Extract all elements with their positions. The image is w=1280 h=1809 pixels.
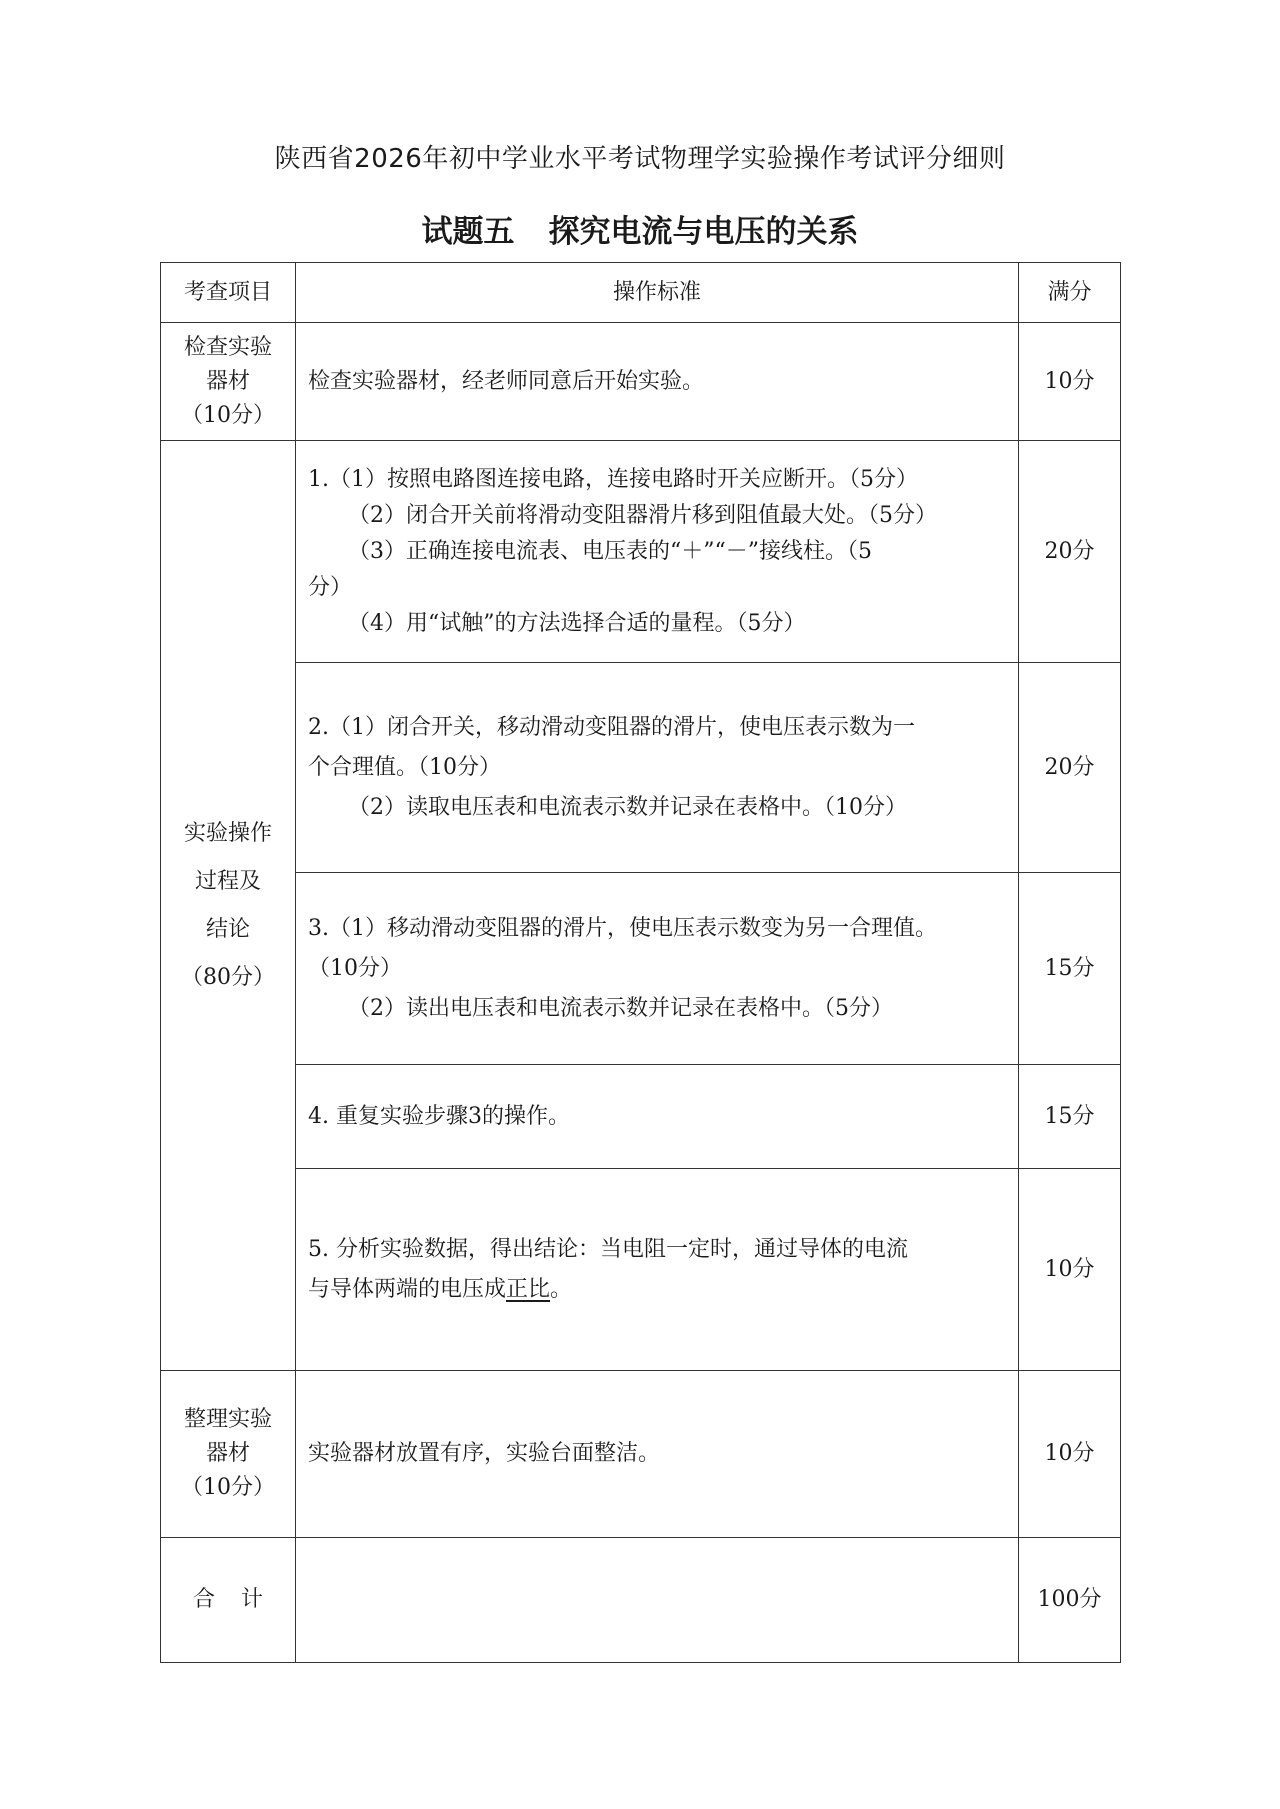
score-cell: 20分 xyxy=(1019,441,1121,663)
standard-text: 4. 重复实验步骤3的操作。 xyxy=(296,1065,1019,1169)
answer-underlined: 正比 xyxy=(506,1277,550,1302)
table-row: 5. 分析实验数据，得出结论：当电阻一定时，通过导体的电流 与导体两端的电压成正… xyxy=(161,1169,1121,1371)
scoring-rubric-table: 考查项目 操作标准 满分 检查实验 器材 （10分） 检查实验器材，经老师同意后… xyxy=(160,262,1121,1663)
score-cell: 10分 xyxy=(1019,1169,1121,1371)
header-standard: 操作标准 xyxy=(296,263,1019,323)
score-cell: 10分 xyxy=(1019,1371,1121,1538)
table-row: 整理实验 器材 （10分） 实验器材放置有序，实验台面整洁。 10分 xyxy=(161,1371,1121,1538)
item-organize-equipment: 整理实验 器材 （10分） xyxy=(161,1371,296,1538)
standard-text: 实验器材放置有序，实验台面整洁。 xyxy=(296,1371,1019,1538)
header-item: 考查项目 xyxy=(161,263,296,323)
question-topic: 探究电流与电压的关系 xyxy=(549,214,859,250)
total-row: 合计 100分 xyxy=(161,1538,1121,1663)
standard-text: 2.（1）闭合开关，移动滑动变阻器的滑片，使电压表示数为一 个合理值。（10分）… xyxy=(296,663,1019,873)
table-row: 4. 重复实验步骤3的操作。 15分 xyxy=(161,1065,1121,1169)
table-row: 检查实验 器材 （10分） 检查实验器材，经老师同意后开始实验。 10分 xyxy=(161,323,1121,441)
document-title: 陕西省2026年初中学业水平考试物理学实验操作考试评分细则 xyxy=(0,138,1280,175)
standard-text: 3.（1）移动滑动变阻器的滑片，使电压表示数变为另一合理值。 （10分） （2）… xyxy=(296,873,1019,1065)
standard-text: 1.（1）按照电路图连接电路，连接电路时开关应断开。（5分） （2）闭合开关前将… xyxy=(296,441,1019,663)
total-standard xyxy=(296,1538,1019,1663)
score-cell: 10分 xyxy=(1019,323,1121,441)
document-subtitle: 试题五探究电流与电压的关系 xyxy=(0,206,1280,251)
item-experiment-process: 实验操作 过程及 结论 （80分） xyxy=(161,441,296,1371)
standard-text: 5. 分析实验数据，得出结论：当电阻一定时，通过导体的电流 与导体两端的电压成正… xyxy=(296,1169,1019,1371)
standard-text: 检查实验器材，经老师同意后开始实验。 xyxy=(296,323,1019,441)
table-row: 2.（1）闭合开关，移动滑动变阻器的滑片，使电压表示数为一 个合理值。（10分）… xyxy=(161,663,1121,873)
total-score: 100分 xyxy=(1019,1538,1121,1663)
total-label: 合计 xyxy=(161,1538,296,1663)
header-full-score: 满分 xyxy=(1019,263,1121,323)
table-header-row: 考查项目 操作标准 满分 xyxy=(161,263,1121,323)
table-row: 3.（1）移动滑动变阻器的滑片，使电压表示数变为另一合理值。 （10分） （2）… xyxy=(161,873,1121,1065)
item-check-equipment: 检查实验 器材 （10分） xyxy=(161,323,296,441)
score-cell: 20分 xyxy=(1019,663,1121,873)
score-cell: 15分 xyxy=(1019,873,1121,1065)
score-cell: 15分 xyxy=(1019,1065,1121,1169)
table-row: 实验操作 过程及 结论 （80分） 1.（1）按照电路图连接电路，连接电路时开关… xyxy=(161,441,1121,663)
question-number: 试题五 xyxy=(422,214,515,250)
